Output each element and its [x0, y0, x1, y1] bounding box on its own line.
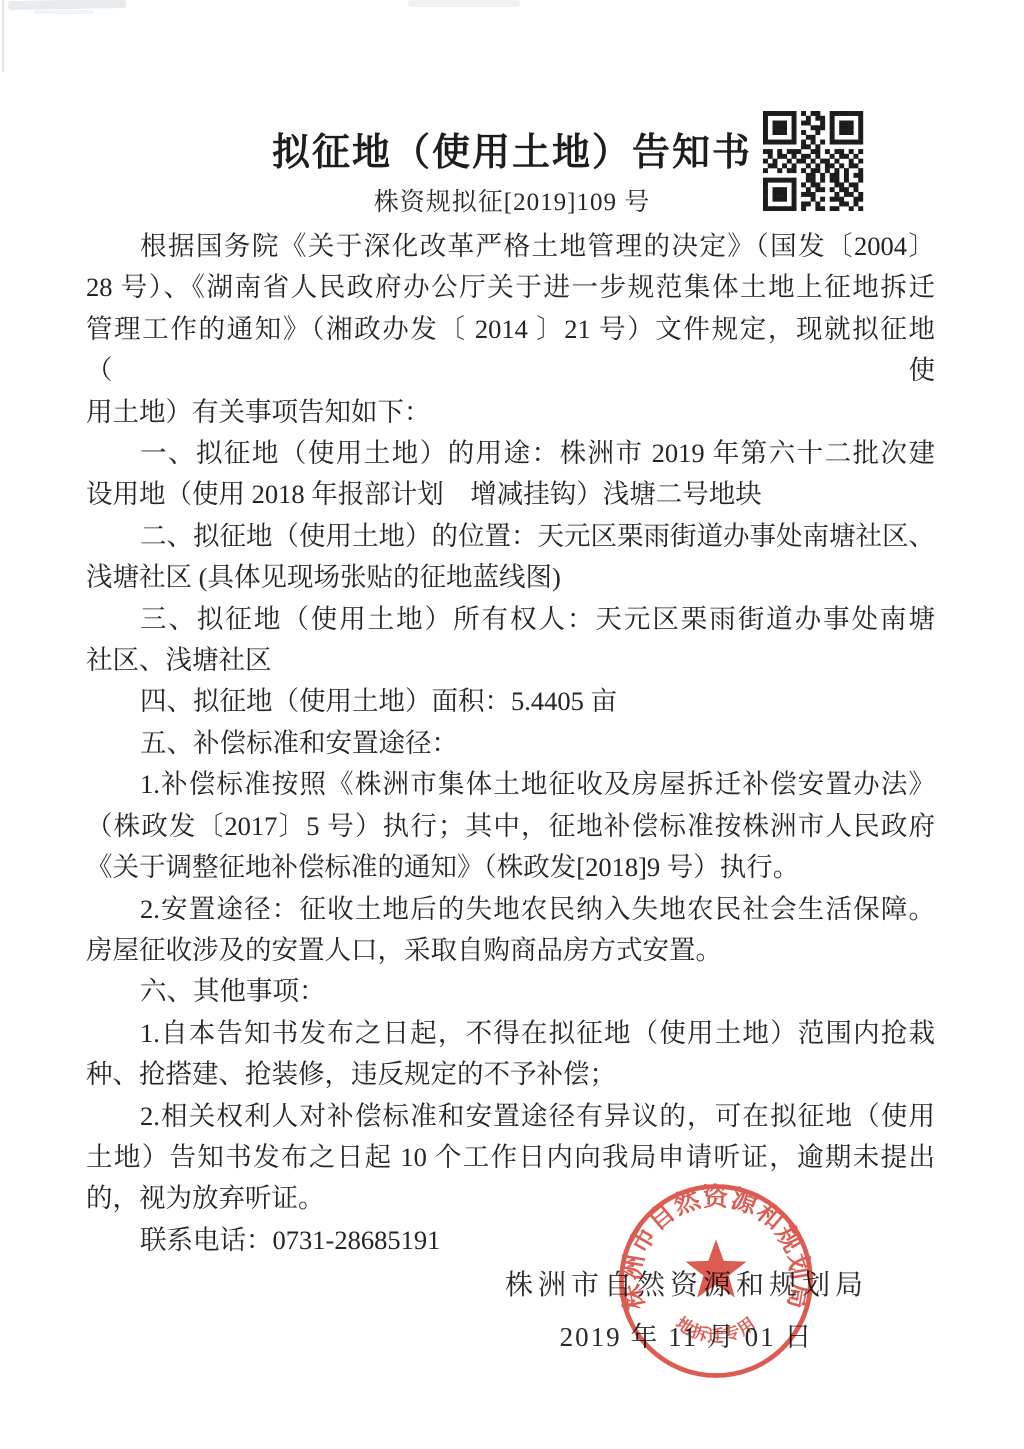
body-line: 土地）告知书发布之日起 10 个工作日内向我局申请听证，逾期未提出: [86, 1137, 935, 1178]
scan-edge-artifact: [2, 0, 4, 72]
star-icon: [685, 1239, 746, 1297]
qr-code-icon: [759, 111, 867, 211]
body-line: 管理工作的通知》（湘政办发〔 2014 〕21 号）文件规定，现就拟征地（使: [86, 309, 935, 392]
body-line: 浅塘社区 (具体见现场张贴的征地蓝线图): [86, 557, 935, 598]
body-line: 根据国务院《关于深化改革严格土地管理的决定》（国发〔2004〕: [86, 226, 935, 267]
scan-smudge: [8, 0, 126, 10]
body-line: 三、拟征地（使用土地）所有权人：天元区栗雨街道办事处南塘: [86, 599, 935, 640]
document-body: 根据国务院《关于深化改革严格土地管理的决定》（国发〔2004〕28 号）、《湖南…: [86, 226, 935, 1261]
body-line: 1.补偿标准按照《株洲市集体土地征收及房屋拆迁补偿安置办法》: [86, 764, 935, 805]
scan-smudge: [34, 10, 94, 14]
body-line: 用土地）有关事项告知如下：: [86, 392, 935, 433]
body-line: 设用地（使用 2018 年报部计划 增减挂钩）浅塘二号地块: [86, 474, 935, 515]
official-seal: 株洲市自然资源和规划局 征地拆迁专用章: [612, 1177, 820, 1385]
document-title: 拟征地（使用土地）告知书: [0, 121, 1024, 176]
body-line: 四、拟征地（使用土地）面积：5.4405 亩: [86, 681, 935, 722]
body-line: 一、拟征地（使用土地）的用途：株洲市 2019 年第六十二批次建: [86, 433, 935, 474]
body-line: 2.相关权利人对补偿标准和安置途径有异议的，可在拟征地（使用: [86, 1096, 935, 1137]
body-line: 《关于调整征地补偿标准的通知》（株政发[2018]9 号）执行。: [86, 847, 935, 888]
body-line: 房屋征收涉及的安置人口，采取自购商品房方式安置。: [86, 930, 935, 971]
body-line: 1.自本告知书发布之日起，不得在拟征地（使用土地）范围内抢栽: [86, 1013, 935, 1054]
body-line: 28 号）、《湖南省人民政府办公厅关于进一步规范集体土地上征地拆迁: [86, 267, 935, 308]
scan-smudge: [408, 0, 520, 7]
body-line: （株政发〔2017〕5 号）执行；其中，征地补偿标准按株洲市人民政府: [86, 806, 935, 847]
body-line: 2.安置途径：征收土地后的失地农民纳入失地农民社会生活保障。: [86, 889, 935, 930]
body-line: 社区、浅塘社区: [86, 640, 935, 681]
body-line: 五、补偿标准和安置途径：: [86, 723, 935, 764]
body-line: 六、其他事项：: [86, 971, 935, 1012]
body-line: 二、拟征地（使用土地）的位置：天元区栗雨街道办事处南塘社区、: [86, 516, 935, 557]
document-page: 拟征地（使用土地）告知书 株资规拟征[2019]109 号 根据国务院《关于深化…: [0, 0, 1024, 1449]
body-line: 种、抢搭建、抢装修，违反规定的不予补偿；: [86, 1054, 935, 1095]
document-number: 株资规拟征[2019]109 号: [0, 182, 1024, 218]
